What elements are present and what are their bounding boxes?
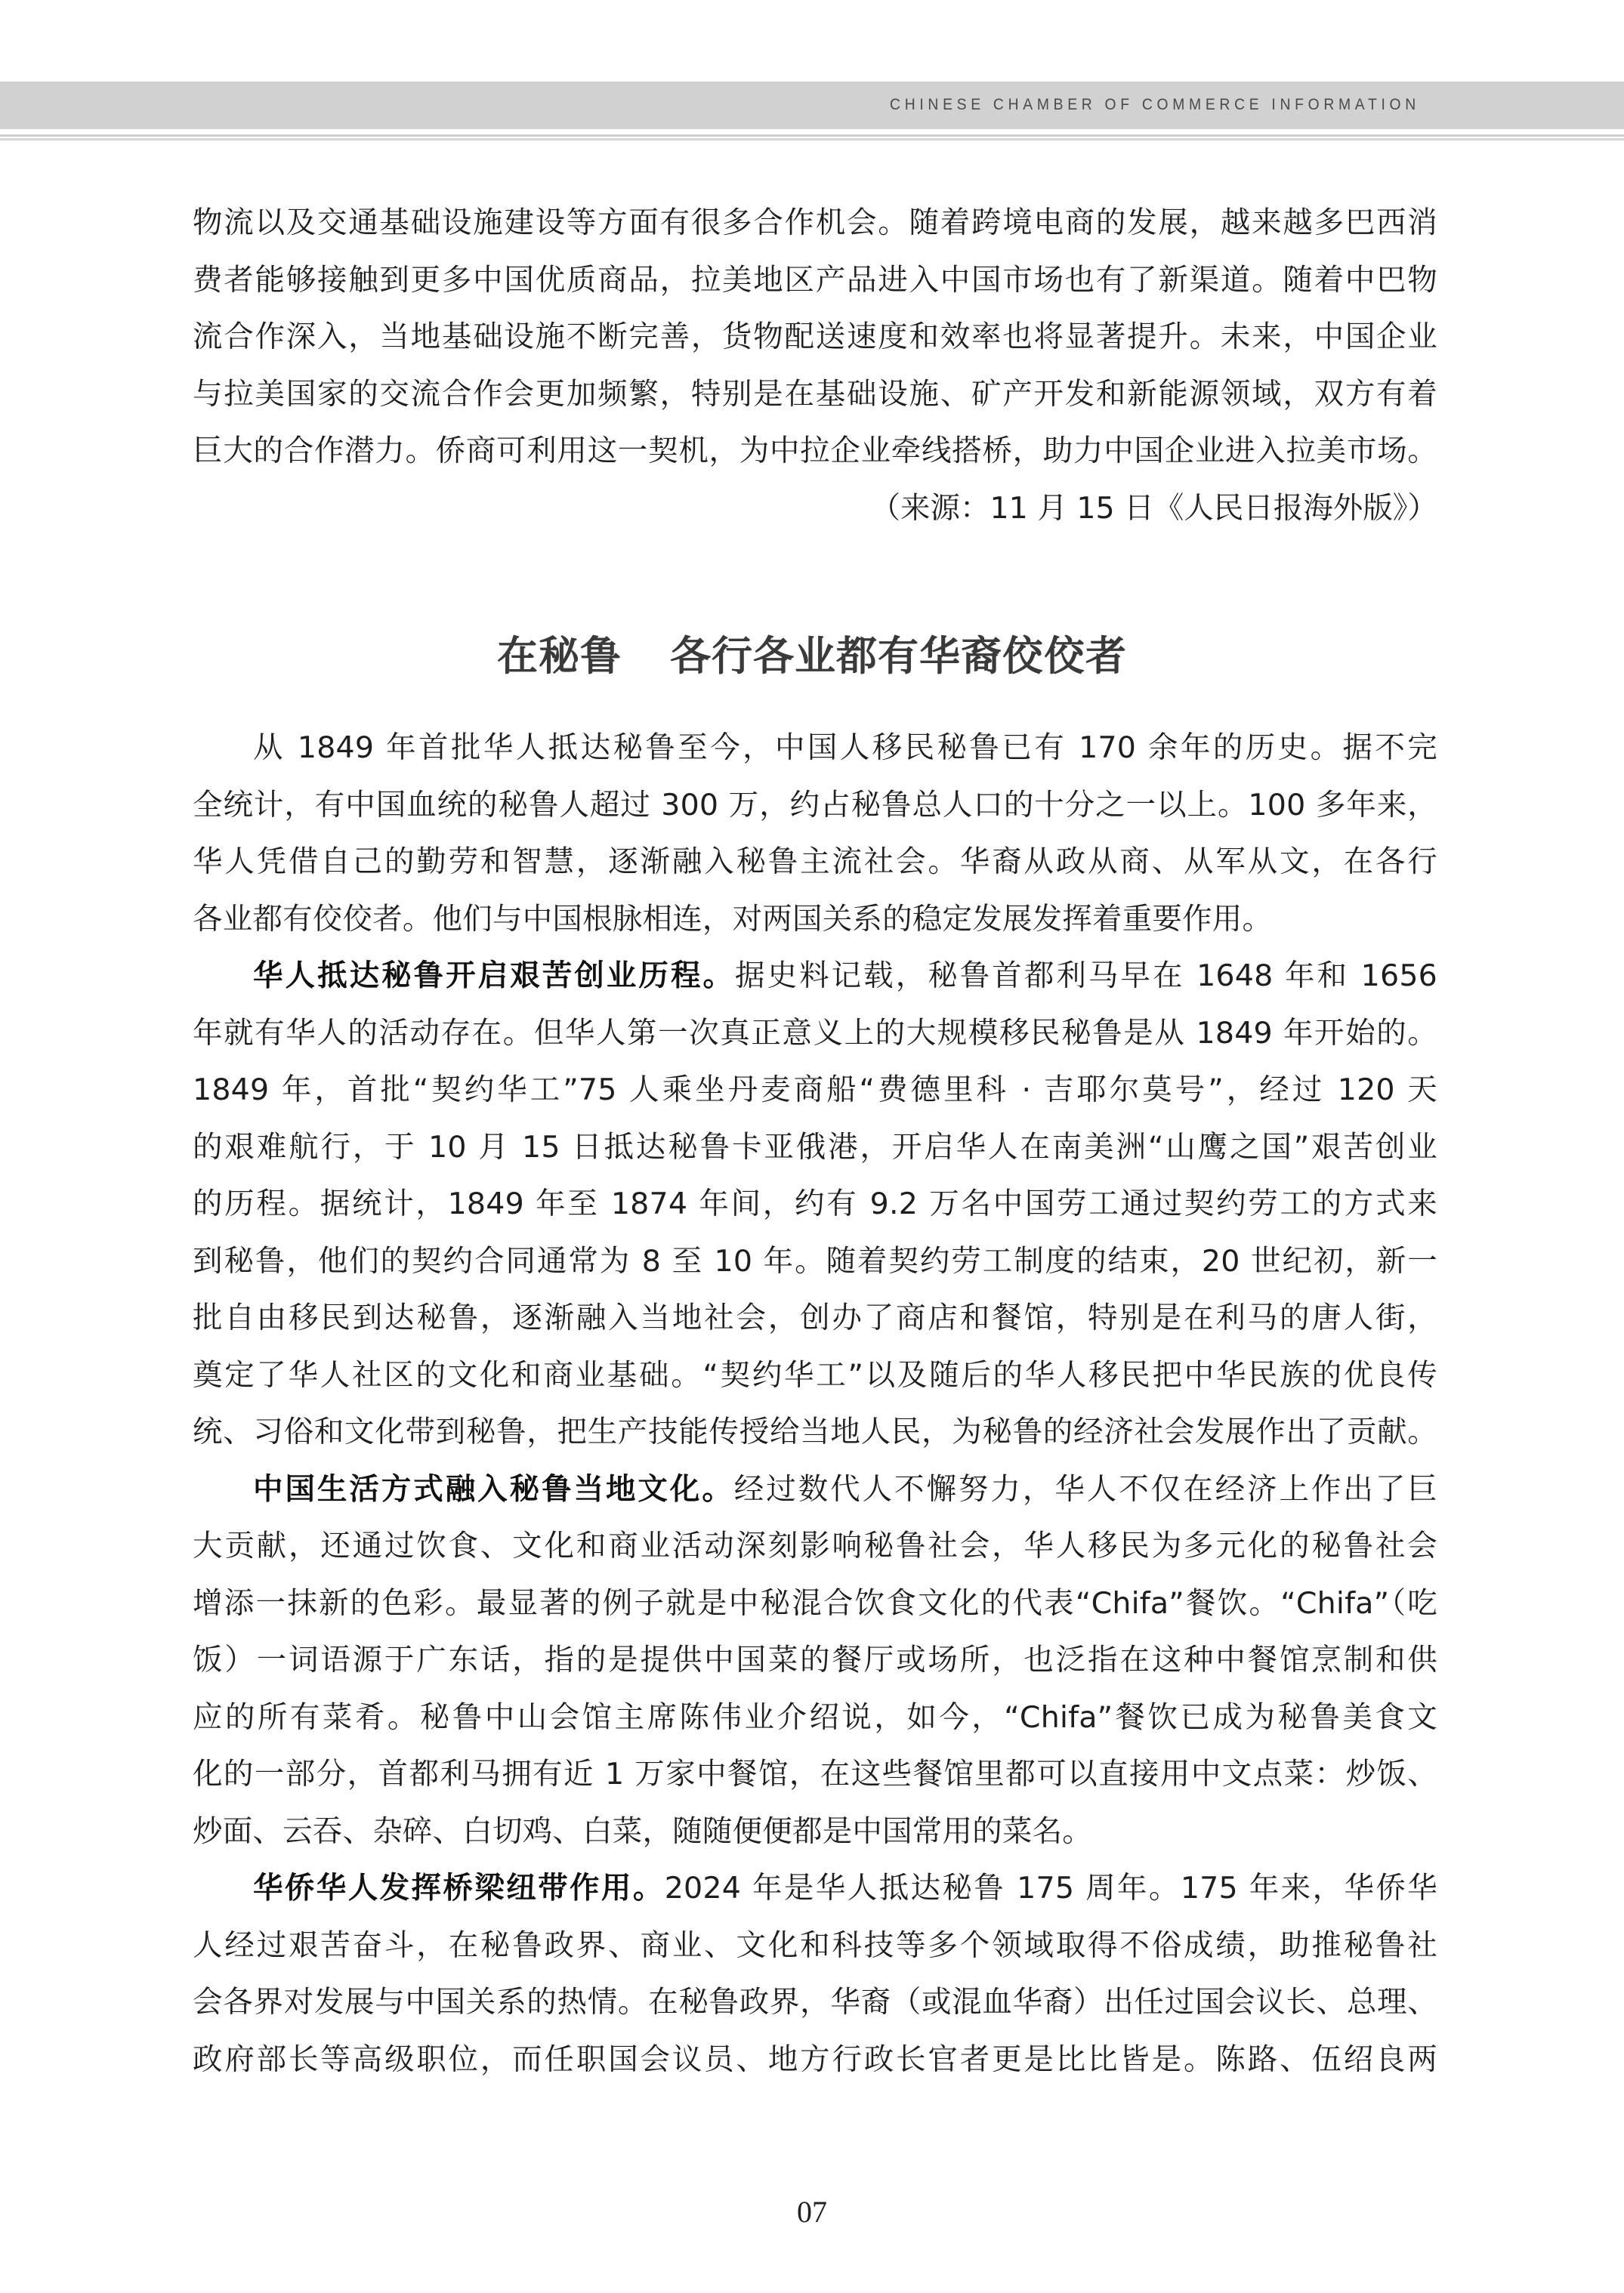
- article-body: 从 1849 年首批华人抵达秘鲁至今，中国人移民秘鲁已有 170 余年的历史。据…: [193, 720, 1437, 2088]
- text-line: 年就有华人的活动存在。但华人第一次真正意义上的大规模移民秘鲁是从 1849 年开…: [193, 1005, 1437, 1063]
- text-line: 华侨华人发挥桥梁纽带作用。2024 年是华人抵达秘鲁 175 周年。175 年来…: [193, 1860, 1437, 1918]
- text-line: 物流以及交通基础设施建设等方面有很多合作机会。随着跨境电商的发展，越来越多巴西消: [193, 195, 1437, 252]
- text-line: 费者能够接触到更多中国优质商品，拉美地区产品进入中国市场也有了新渠道。随着中巴物: [193, 252, 1437, 310]
- text-line: 炒面、云吞、杂碎、白切鸡、白菜，随随便便都是中国常用的菜名。: [193, 1804, 1437, 1861]
- article-title-part1: 在秘鲁: [497, 632, 622, 680]
- text-line: 的历程。据统计，1849 年至 1874 年间，约有 9.2 万名中国劳工通过契…: [193, 1176, 1437, 1233]
- paragraph-lead: 华人抵达秘鲁开启艰苦创业历程。: [253, 958, 735, 993]
- text-line: 增添一抹新的色彩。最显著的例子就是中秘混合饮食文化的代表“Chifa”餐饮。“C…: [193, 1575, 1437, 1633]
- source-citation: （来源：11 月 15 日《人民日报海外版》）: [193, 480, 1437, 538]
- text-line: 华人抵达秘鲁开启艰苦创业历程。据史料记载，秘鲁首都利马早在 1648 年和 16…: [193, 948, 1437, 1005]
- publication-name: CHINESE CHAMBER OF COMMERCE INFORMATION: [890, 96, 1420, 114]
- article-title: 在秘鲁各行各业都有华裔佼佼者: [0, 624, 1624, 682]
- paragraph-bridge-role: 华侨华人发挥桥梁纽带作用。2024 年是华人抵达秘鲁 175 周年。175 年来…: [193, 1860, 1437, 2088]
- text-line: 流合作深入，当地基础设施不断完善，货物配送速度和效率也将显著提升。未来，中国企业: [193, 309, 1437, 366]
- previous-article-paragraph: 物流以及交通基础设施建设等方面有很多合作机会。随着跨境电商的发展，越来越多巴西消…: [193, 195, 1437, 480]
- text-line: 统、习俗和文化带到秘鲁，把生产技能传授给当地人民，为秘鲁的经济社会发展作出了贡献…: [193, 1404, 1437, 1461]
- paragraph-lead: 中国生活方式融入秘鲁当地文化。: [253, 1472, 734, 1507]
- text-line: 华人凭借自己的勤劳和智慧，逐渐融入秘鲁主流社会。华裔从政从商、从军从文，在各行: [193, 834, 1437, 891]
- header-divider-line: [0, 138, 1624, 140]
- article-title-part2: 各行各业都有华裔佼佼者: [670, 632, 1127, 680]
- text-line: 巨大的合作潜力。侨商可利用这一契机，为中拉企业牵线搭桥，助力中国企业进入拉美市场…: [193, 423, 1437, 480]
- text-line: 应的所有菜肴。秘鲁中山会馆主席陈伟业介绍说，如今，“Chifa”餐饮已成为秘鲁美…: [193, 1690, 1437, 1747]
- text-line: 批自由移民到达秘鲁，逐渐融入当地社会，创办了商店和餐馆，特别是在利马的唐人街，: [193, 1290, 1437, 1347]
- text-line: 的艰难航行，于 10 月 15 日抵达秘鲁卡亚俄港，开启华人在南美洲“山鹰之国”…: [193, 1119, 1437, 1177]
- paragraph-lead: 华侨华人发挥桥梁纽带作用。: [253, 1871, 665, 1906]
- header-divider-line: [0, 134, 1624, 137]
- text-line: 饭）一词语源于广东话，指的是提供中国菜的餐厅或场所，也泛指在这种中餐馆烹制和供: [193, 1632, 1437, 1690]
- text-line: 中国生活方式融入秘鲁当地文化。经过数代人不懈努力，华人不仅在经济上作出了巨: [193, 1461, 1437, 1519]
- page-number: 07: [0, 2194, 1624, 2230]
- paragraph-intro: 从 1849 年首批华人抵达秘鲁至今，中国人移民秘鲁已有 170 余年的历史。据…: [193, 720, 1437, 948]
- text-line: 化的一部分，首都利马拥有近 1 万家中餐馆，在这些餐馆里都可以直接用中文点菜：炒…: [193, 1746, 1437, 1804]
- text-line: 各业都有佼佼者。他们与中国根脉相连，对两国关系的稳定发展发挥着重要作用。: [193, 891, 1437, 949]
- text-line: 政府部长等高级职位，而任职国会议员、地方行政长官者更是比比皆是。陈路、伍绍良两: [193, 2032, 1437, 2089]
- paragraph-chinese-lifestyle: 中国生活方式融入秘鲁当地文化。经过数代人不懈努力，华人不仅在经济上作出了巨 大贡…: [193, 1461, 1437, 1861]
- text-line: 会各界对发展与中国关系的热情。在秘鲁政界，华裔（或混血华裔）出任过国会议长、总理…: [193, 1974, 1437, 2032]
- paragraph-arrival-history: 华人抵达秘鲁开启艰苦创业历程。据史料记载，秘鲁首都利马早在 1648 年和 16…: [193, 948, 1437, 1461]
- text-line: 大贡献，还通过饮食、文化和商业活动深刻影响秘鲁社会，华人移民为多元化的秘鲁社会: [193, 1518, 1437, 1575]
- text-line: 1849 年，首批“契约华工”75 人乘坐丹麦商船“费德里科 · 吉耶尔莫号”，…: [193, 1062, 1437, 1119]
- text-line: 人经过艰苦奋斗，在秘鲁政界、商业、文化和科技等多个领域取得不俗成绩，助推秘鲁社: [193, 1918, 1437, 1975]
- text-line: 奠定了华人社区的文化和商业基础。“契约华工”以及随后的华人移民把中华民族的优良传: [193, 1347, 1437, 1405]
- text-line: 与拉美国家的交流合作会更加频繁，特别是在基础设施、矿产开发和新能源领域，双方有着: [193, 366, 1437, 424]
- text-line: 到秘鲁，他们的契约合同通常为 8 至 10 年。随着契约劳工制度的结束，20 世…: [193, 1233, 1437, 1291]
- previous-article: 物流以及交通基础设施建设等方面有很多合作机会。随着跨境电商的发展，越来越多巴西消…: [193, 195, 1437, 537]
- text-line: 从 1849 年首批华人抵达秘鲁至今，中国人移民秘鲁已有 170 余年的历史。据…: [193, 720, 1437, 777]
- text-line: 全统计，有中国血统的秘鲁人超过 300 万，约占秘鲁总人口的十分之一以上。100…: [193, 777, 1437, 835]
